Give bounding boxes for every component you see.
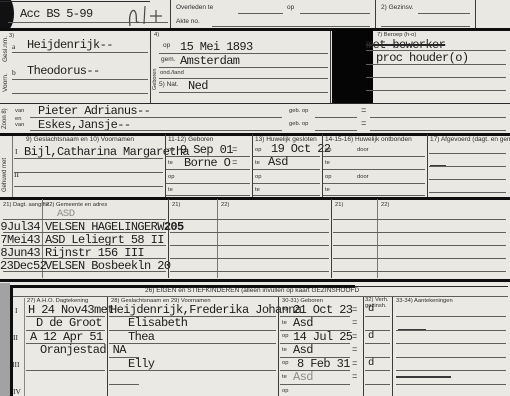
rule xyxy=(323,195,425,196)
marriage-ontbonden-header: 14-15-16) Huwelijk ontbonden xyxy=(325,137,412,144)
rule xyxy=(392,297,393,396)
rule xyxy=(333,258,506,259)
address-gemeente3-header: 22) xyxy=(381,202,389,208)
op-label: op xyxy=(168,174,174,180)
rule xyxy=(212,26,370,27)
te-label: te xyxy=(282,320,287,326)
children-aantekeningen-header: 33-34) Aantekeningen xyxy=(396,298,453,304)
rule xyxy=(13,296,508,297)
door-label: door xyxy=(357,147,369,153)
rule xyxy=(381,26,470,27)
child-row-marker: II xyxy=(13,333,18,342)
rule xyxy=(166,195,250,196)
rule xyxy=(166,183,250,184)
rule xyxy=(280,370,350,371)
child-row-verh: d xyxy=(368,304,374,315)
op-label: op xyxy=(325,174,331,180)
rule xyxy=(12,79,148,80)
rule xyxy=(429,153,506,154)
child-row-dagtekening: D de Groot xyxy=(36,317,102,329)
rule xyxy=(315,117,357,118)
marriage-place-value: Asd xyxy=(268,156,288,168)
address-row-0-place: ASD xyxy=(57,209,75,220)
child-row-marker: I xyxy=(15,306,18,315)
op-label: op xyxy=(168,147,174,153)
rule xyxy=(280,343,350,344)
rule xyxy=(170,245,329,246)
rule xyxy=(370,130,506,131)
address-date2-header: 21) xyxy=(172,202,180,208)
rule xyxy=(166,169,250,170)
rule xyxy=(365,343,390,344)
rule xyxy=(170,258,329,259)
child-row-birth: 8 Feb 31 xyxy=(297,358,350,370)
rule xyxy=(396,384,506,385)
equals-mark: = xyxy=(232,145,237,155)
rule xyxy=(12,136,13,197)
nationality-value: Ned xyxy=(188,80,208,92)
rule xyxy=(170,232,329,233)
op-label: op xyxy=(282,306,288,312)
rule xyxy=(14,172,163,173)
field-4-label: 4) xyxy=(154,32,159,38)
te-label: te xyxy=(168,160,173,166)
rule xyxy=(333,271,506,272)
mother-geb-op-label: geb. op xyxy=(289,121,308,127)
child-row-dagtekening: H 24 Nov43met xyxy=(28,304,114,316)
father-name-value: Pieter Adrianus-- xyxy=(38,105,150,117)
rule xyxy=(333,245,506,246)
rule xyxy=(0,28,510,31)
rule xyxy=(323,169,425,170)
van-label: van xyxy=(15,108,24,114)
rule xyxy=(0,279,510,282)
equals-mark: = xyxy=(352,372,357,382)
rule xyxy=(253,195,320,196)
child-row-dagtekening: A 12 Apr 51 xyxy=(30,331,103,343)
children-section-title: 26) EIGEN en STIEFKINDEREN (alleen invul… xyxy=(145,288,355,295)
address-gemeente-header: 22) Gemeente en adres xyxy=(46,202,107,208)
rule xyxy=(0,197,510,200)
handwriting-squiggle-icon xyxy=(120,0,172,30)
equals-mark: = xyxy=(361,119,366,129)
equals-mark: = xyxy=(352,345,357,355)
equals-mark: = xyxy=(232,158,237,168)
marriage-marker-1: I xyxy=(15,147,18,156)
rule xyxy=(323,156,425,157)
op-label: op xyxy=(282,388,288,394)
rule xyxy=(365,316,390,317)
rule xyxy=(168,199,169,278)
rule xyxy=(238,13,283,14)
rule xyxy=(253,169,320,170)
rule xyxy=(323,183,425,184)
birth-date-value: 15 Mei 1893 xyxy=(180,41,253,53)
rule xyxy=(429,166,506,167)
rule xyxy=(355,286,508,287)
child-row-birth: Asd xyxy=(293,317,313,329)
ond-land-label: ond./land xyxy=(160,70,184,76)
op-label: op xyxy=(282,360,288,366)
rule xyxy=(375,0,376,28)
field-3-label: 3) xyxy=(9,33,14,39)
gezinsv-label: 2) Gezinsv. xyxy=(381,5,413,12)
rule xyxy=(396,316,506,317)
rule xyxy=(165,134,166,197)
marker-a: a xyxy=(12,42,15,51)
child-row-verh: d xyxy=(368,331,374,342)
rule xyxy=(14,158,163,159)
equals-mark: = xyxy=(352,332,357,342)
rule xyxy=(366,90,506,91)
child-row-name: Elisabeth xyxy=(128,317,187,329)
child-row-name: Heijdenrijk,Frederika Johanna xyxy=(110,304,301,316)
marker-b: b xyxy=(12,68,16,77)
equals-mark: = xyxy=(361,106,366,116)
door-label: door xyxy=(357,174,369,180)
rule xyxy=(159,92,328,93)
rule xyxy=(331,199,332,278)
child-row-birth: Asd xyxy=(293,344,313,356)
child-row-marker: IV xyxy=(13,387,21,396)
gehuwd-met-label: Gehuwd met xyxy=(2,158,8,192)
rule xyxy=(333,219,506,220)
spouse-birth-date: 9 Sep 01 xyxy=(180,144,233,156)
gem-label: gem. xyxy=(161,57,175,64)
registry-card-scan: Acc BS 5-99 Overleden te op Akte no. 2) … xyxy=(0,0,510,396)
marriage-names-header: 9) Geslachtsnaam en 10) Voornamen xyxy=(26,137,134,144)
rule xyxy=(159,78,328,79)
overleden-te-label: Overleden te xyxy=(176,5,213,12)
child-row-birth: Asd xyxy=(293,371,313,383)
rule xyxy=(170,219,329,220)
rule xyxy=(150,31,151,103)
rule xyxy=(418,13,470,14)
equals-mark: = xyxy=(352,318,357,328)
rule xyxy=(333,232,506,233)
birth-op-label: op xyxy=(163,43,170,50)
rule xyxy=(159,67,328,68)
rule xyxy=(14,186,163,187)
father-geb-op-label: geb. op xyxy=(289,108,308,114)
van2-label: van xyxy=(15,122,24,128)
child-row-marker: III xyxy=(12,360,20,369)
rule xyxy=(280,316,350,317)
rule xyxy=(365,384,390,385)
child-row-birth: 14 Jul 25 xyxy=(293,331,352,343)
te-label: te xyxy=(168,187,173,193)
rule xyxy=(24,298,25,396)
op-label: op xyxy=(325,147,331,153)
child-row-name: Elly xyxy=(128,358,154,370)
rule xyxy=(330,31,331,103)
rule xyxy=(315,130,357,131)
birth-place-value: Amsterdam xyxy=(180,55,239,67)
address-date3-header: 21) xyxy=(335,202,343,208)
rule xyxy=(109,384,139,385)
nat-label: 5) Nat. xyxy=(159,82,179,89)
rule xyxy=(377,199,378,278)
voorn-label: Voorn. xyxy=(2,73,9,92)
geboren-vertical-label: Geboren xyxy=(152,69,158,90)
te-label: te xyxy=(325,187,330,193)
rule xyxy=(170,0,171,28)
rule xyxy=(363,297,364,396)
surname-value: Heijdenrijk-- xyxy=(27,39,113,51)
zoon-label: Zoon 8) xyxy=(2,108,8,129)
rule xyxy=(300,13,370,14)
equals-mark: = xyxy=(352,305,357,315)
rule xyxy=(12,93,148,94)
child-row-birth: 21 Oct 23 xyxy=(293,304,352,316)
op-label: op xyxy=(287,5,294,12)
rule xyxy=(280,384,350,385)
rule xyxy=(396,357,506,358)
te-label: te xyxy=(282,347,287,353)
address-gemeente2-header: 22) xyxy=(221,202,229,208)
spouse-birth-place: Borne O xyxy=(184,157,230,169)
rule xyxy=(12,52,148,53)
rule xyxy=(3,271,166,272)
rule xyxy=(322,134,323,197)
rule xyxy=(109,370,276,371)
afgevoerd-header: 17) Afgevoerd (dagt. en gem.) xyxy=(430,137,510,144)
rule xyxy=(429,179,506,180)
child-row-verh: d xyxy=(368,358,374,369)
te-label: te xyxy=(255,160,260,166)
child-row-dagtekening: Oranjestad NA xyxy=(40,344,126,356)
te-label: te xyxy=(325,160,330,166)
rule xyxy=(396,343,506,344)
akte-no-label: Akte no. xyxy=(176,19,200,26)
rule xyxy=(26,370,105,371)
rule xyxy=(475,0,476,28)
rule xyxy=(170,271,329,272)
rule xyxy=(366,64,506,65)
te-label: te xyxy=(255,187,260,193)
equals-mark: = xyxy=(352,359,357,369)
rule xyxy=(252,134,253,197)
op-label: op xyxy=(255,174,261,180)
child-row-name: Thea xyxy=(128,331,154,343)
te-label: te xyxy=(282,374,287,380)
given-names-value: Theodorus-- xyxy=(27,65,100,77)
rule xyxy=(109,343,276,344)
geslnm-label: Gesl.nm. xyxy=(2,36,9,62)
rule xyxy=(253,183,320,184)
rule xyxy=(427,134,428,197)
accession-number: Acc BS 5-99 xyxy=(20,8,93,20)
beroep-value: proc houder(o) xyxy=(376,52,468,64)
pen-dash xyxy=(396,376,451,378)
op-label: op xyxy=(282,333,288,339)
rule xyxy=(396,370,506,371)
rule xyxy=(365,370,390,371)
rule xyxy=(429,192,506,193)
rule xyxy=(370,117,506,118)
rule xyxy=(30,130,282,131)
op-label: op xyxy=(255,147,261,153)
rule xyxy=(366,77,506,78)
rule xyxy=(396,330,506,331)
rule xyxy=(217,199,218,278)
